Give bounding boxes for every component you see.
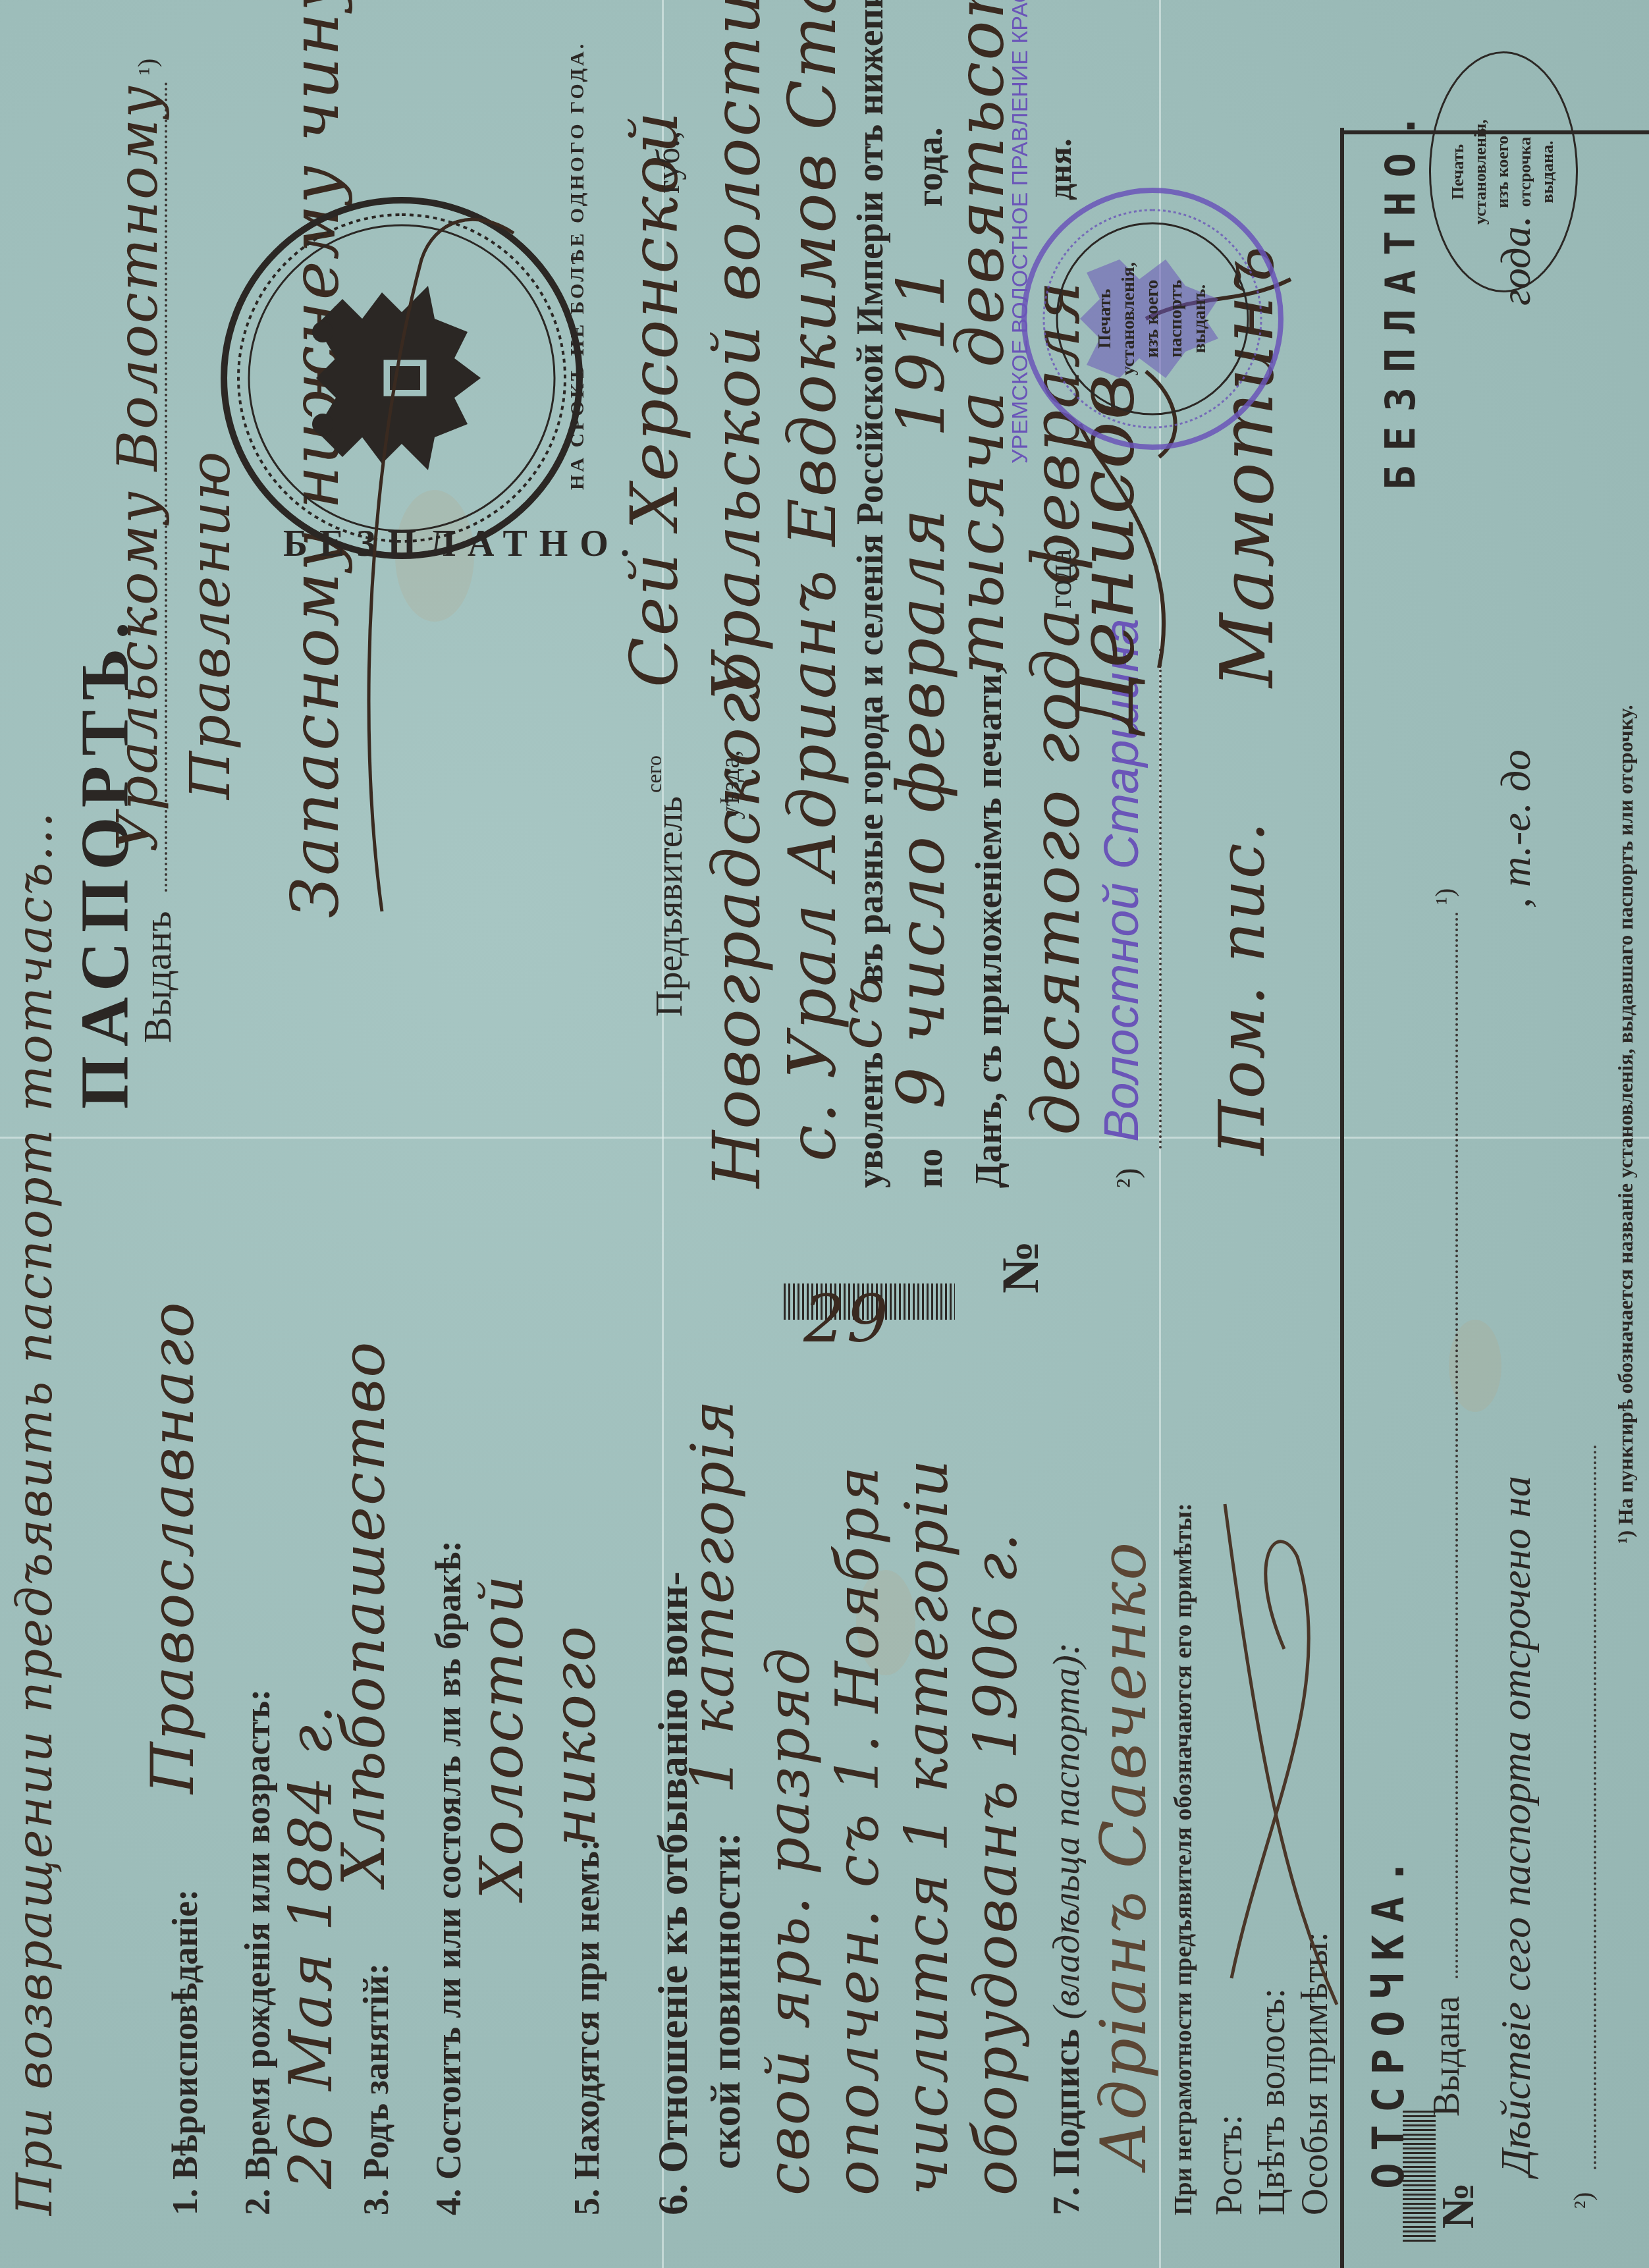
issued-label: Выданъ <box>135 911 180 1043</box>
field-3-value: Хлѣбопашество <box>329 1341 398 1886</box>
presenter-gub: губ., <box>649 131 687 194</box>
military-label-line2: ской повинности: <box>701 1832 750 2169</box>
deferral-free-label: БЕЗПЛАТНО. <box>1376 99 1424 490</box>
passport-number-symbol: № <box>991 1241 1051 1293</box>
military-value-5: оборудованъ 1906 г. <box>961 1532 1031 2196</box>
field-3: 3. Родъ занятій: <box>356 1963 396 2215</box>
seal-inner-text: Печать установленія, изъ коего паспортъ … <box>1093 253 1212 385</box>
military-value-3: ополчен. съ 1. Ноября <box>823 1465 892 2196</box>
deferral-mark1: ¹) <box>1429 888 1460 905</box>
field-2: 2. Время рожденія или возрастъ: <box>237 1689 278 2215</box>
top-handwritten-note: При возвращении предъявить паспорт тотча… <box>7 811 63 2215</box>
passport-number-value: 29 <box>803 1280 890 1357</box>
deferral-mark2: ²) <box>1567 2192 1598 2209</box>
military-value-4: числится 1 категоріи <box>892 1459 961 2196</box>
deferral-number-box <box>1403 2110 1436 2242</box>
cross-mark-signature <box>1205 1491 1357 2018</box>
deferral-issued-label: Выдана <box>1426 1996 1468 2117</box>
deferral-number-symbol: № <box>1432 2182 1485 2228</box>
deferral-issued-dotted-line <box>1455 911 1458 1978</box>
holder-signature-value: Адріанъ Савченко <box>1087 1541 1160 2169</box>
field-4-value: Холостой <box>468 1574 537 1899</box>
holder-signature-label: 7. Подпись (владѣльца паспорта): <box>1044 1642 1088 2215</box>
decorative-flourish <box>342 194 672 918</box>
volost-value: Уральской волости <box>698 0 775 701</box>
uezd-value: Новоградского <box>698 651 775 1188</box>
field-1-value: Православнаго <box>138 1301 207 1794</box>
deferral-right-rule <box>1340 130 1649 134</box>
issued-value: Уральскому Волостному <box>105 84 170 852</box>
given-text: Данъ, съ приложеніемъ печати, <box>968 665 1010 1188</box>
field-4: 4. Состоитъ ли или состоялъ ли въ бракѣ: <box>428 1540 469 2215</box>
seal-ring-text: УРЕМСКОЕ ВОЛОСТНОЕ ПРАВЛЕНИЕ КРАСНОГРАДС… <box>1008 174 1033 464</box>
military-value-2: свой ярь. разряд <box>754 1646 823 2196</box>
deferral-validity-text: Дѣйствіе сего паспорта отсрочено на <box>1492 1476 1540 2176</box>
deferral-seal-placeholder: Печать установленія, изъ коего отсрочка … <box>1429 51 1578 292</box>
deferral-divider <box>1340 128 1344 2268</box>
footnote-mark: ¹) <box>132 59 163 75</box>
deferral-number-dotted-line <box>1594 1445 1596 2169</box>
release-po-label: по <box>909 1148 951 1188</box>
signature-mark: ²) <box>1110 1168 1146 1188</box>
signature-dotted-line <box>1159 648 1162 1148</box>
passport-page-upright: При возвращении предъявить паспорт тотча… <box>0 0 1649 2268</box>
clerk-label: Пом. пис. <box>1205 821 1279 1155</box>
footnote: ¹) На пунктирѣ обозначается названіе уст… <box>1613 705 1638 1544</box>
field-1: 1. Вѣроисповѣданіе: <box>165 1889 205 2215</box>
uezd-label: уѣзда, <box>715 750 745 819</box>
hair-color-label: Цвѣтъ волосъ: <box>1251 1988 1293 2215</box>
illiterate-note: При неграмотности предъявителя обозначаю… <box>1169 1503 1198 2215</box>
official-seal: УРЕМСКОЕ ВОЛОСТНОЕ ПРАВЛЕНИЕ КРАСНОГРАДС… <box>1014 180 1291 457</box>
scanned-passport: При возвращении предъявить паспорт тотча… <box>0 0 1649 2268</box>
field-5-value: никого <box>540 1625 609 1847</box>
deferral-seal-text: Печать установленія, изъ коего отсрочка … <box>1447 53 1559 290</box>
field-5: 5. Находятся при немъ: <box>566 1839 607 2215</box>
deferral-until-text: , т.-е. до <box>1492 749 1540 908</box>
height-label: Ростъ: <box>1208 2115 1251 2215</box>
military-value-1: 1 категорія <box>678 1399 747 1794</box>
